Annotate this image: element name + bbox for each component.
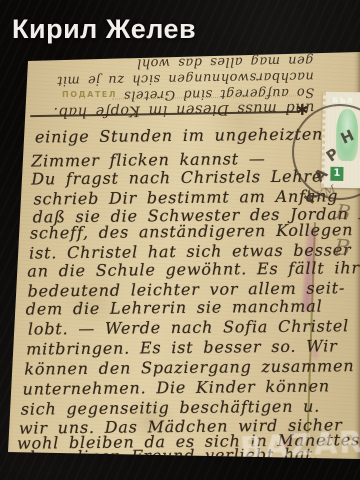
photo-background: Кирил Желев und muss Diesen im Kopfe hab… [0, 0, 360, 480]
message-text: einige Stunden im ungeheiztenZimmer flic… [0, 0, 360, 480]
message-line: an die Schule gewöhnt. Es fällt ihr [27, 258, 360, 280]
message-line: können den Spaziergang zusammen [24, 356, 354, 378]
message-line: einige Stunden im ungeheizten [35, 124, 324, 146]
message-line: mitbringen. Es ist besser so. Wir [26, 336, 338, 358]
message-line: dem die Lehrerin sie manchmal [26, 297, 323, 319]
pencil-mark: B [334, 199, 352, 225]
caption-name: Кирил Желев [12, 14, 196, 45]
pencil-mark: B [333, 235, 351, 261]
message-line: lobt. — Werde nach Sofia Christel [28, 316, 349, 338]
postcard: und muss Diesen im Kopfe hab.So aufgereg… [0, 0, 360, 480]
watermark: BAZAR [239, 425, 360, 466]
message-line: scheff, des anständigeren Kollegen [30, 220, 354, 242]
message-line: unternehmen. Die Kinder können [22, 376, 330, 398]
